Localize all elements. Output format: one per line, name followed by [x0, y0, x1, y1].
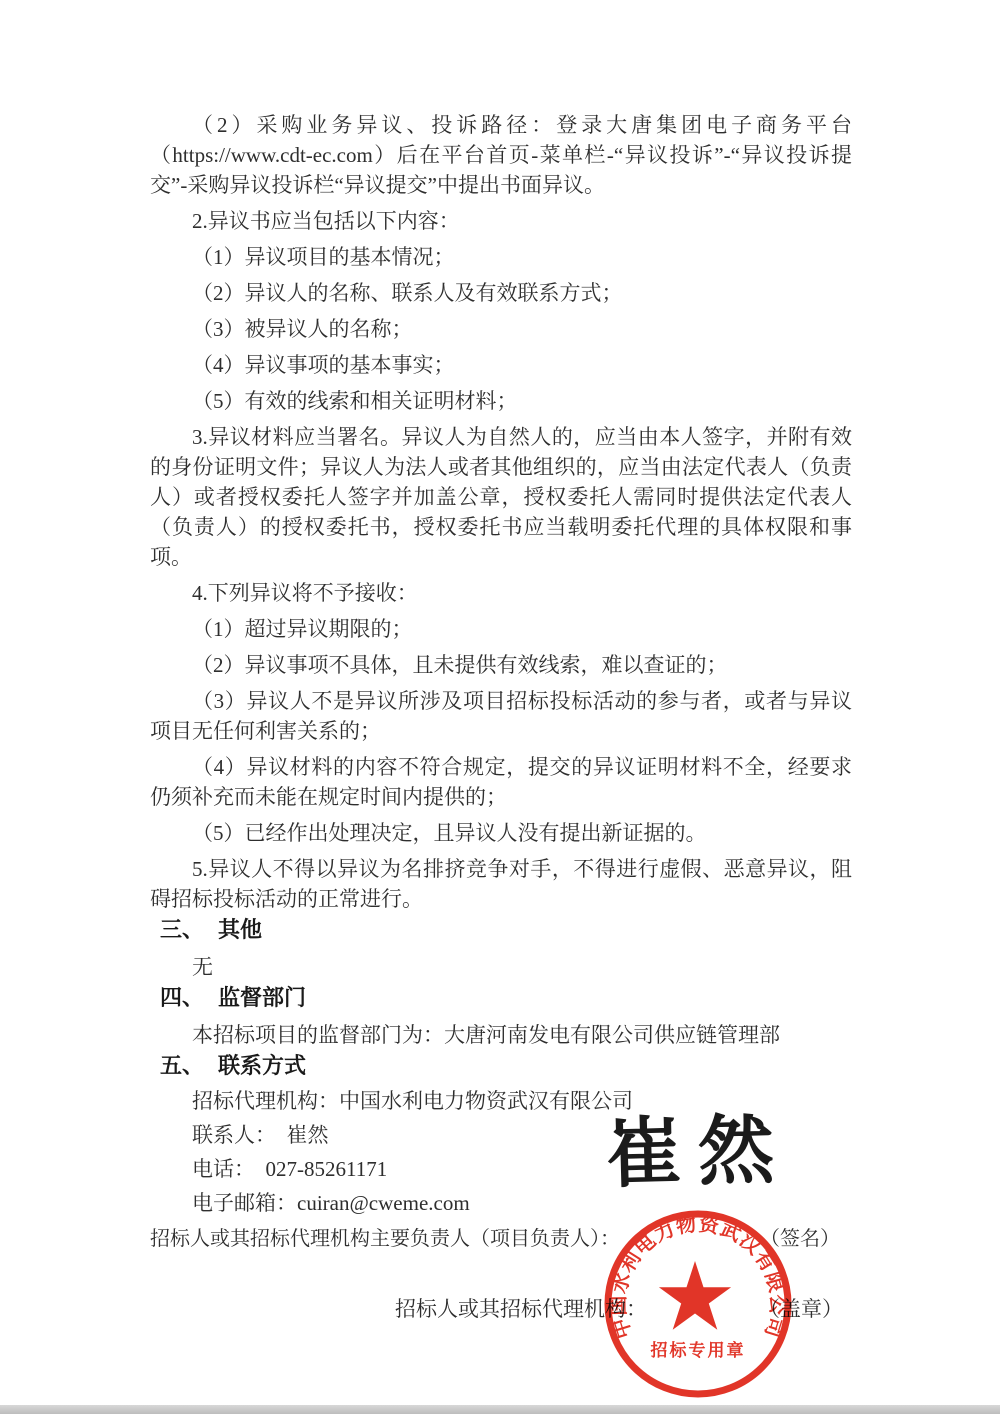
scan-edge-shadow	[0, 1405, 1000, 1414]
paragraph-complaint-route: （2）采购业务异议、投诉路径：登录大唐集团电子商务平台（https://www.…	[150, 110, 852, 200]
paragraph-objection-contents: 2.异议书应当包括以下内容：	[150, 206, 852, 236]
section-title: 联系方式	[218, 1053, 306, 1078]
section-number: 四、	[160, 985, 204, 1010]
section-number: 五、	[160, 1053, 204, 1078]
section-title: 其他	[218, 917, 262, 942]
paragraph-no-malicious-objection: 5.异议人不得以异议为名排挤竞争对手，不得进行虚假、恶意异议，阻碍招标投标活动的…	[150, 854, 852, 914]
scanned-document-page: （2）采购业务异议、投诉路径：登录大唐集团电子商务平台（https://www.…	[0, 0, 1000, 1414]
list-item: （1）异议项目的基本情况；	[150, 242, 852, 272]
stamp-star-icon	[659, 1261, 731, 1330]
company-seal-stamp: 中国水利电力物资武汉有限公司 招标专用章	[598, 1204, 798, 1404]
list-item: （5）有效的线索和相关证明材料；	[150, 386, 852, 416]
list-item: （2）异议人的名称、联系人及有效联系方式；	[150, 278, 852, 308]
list-item: （3）异议人不是异议所涉及项目招标投标活动的参与者，或者与异议项目无任何利害关系…	[150, 686, 852, 746]
section-number: 三、	[160, 917, 204, 942]
section-heading-supervision: 四、监督部门	[160, 982, 852, 1014]
section-heading-contact: 五、联系方式	[160, 1050, 852, 1082]
list-item: （1）超过异议期限的；	[150, 614, 852, 644]
list-item: （4）异议材料的内容不符合规定，提交的异议证明材料不全，经要求仍须补充而未能在规…	[150, 752, 852, 812]
list-item: （5）已经作出处理决定，且异议人没有提出新证据的。	[150, 818, 852, 848]
section-other-body: 无	[150, 952, 852, 982]
handwritten-signature: 崔然	[605, 1112, 791, 1193]
stamp-label-text: 招标专用章	[650, 1340, 746, 1360]
section-title: 监督部门	[218, 985, 306, 1010]
section-supervision-body: 本招标项目的监督部门为：大唐河南发电有限公司供应链管理部	[150, 1020, 852, 1050]
list-item: （2）异议事项不具体，且未提供有效线索，难以查证的；	[150, 650, 852, 680]
section-heading-other: 三、其他	[160, 914, 852, 946]
responsible-prefix: 招标人或其招标代理机构主要负责人（项目负责人）：	[150, 1228, 620, 1250]
list-item: （4）异议事项的基本事实；	[150, 350, 852, 380]
paragraph-rejection-intro: 4.下列异议将不予接收：	[150, 578, 852, 608]
paragraph-signing-rules: 3.异议材料应当署名。异议人为自然人的，应当由本人签字，并附有效的身份证明文件；…	[150, 422, 852, 572]
list-item: （3）被异议人的名称；	[150, 314, 852, 344]
